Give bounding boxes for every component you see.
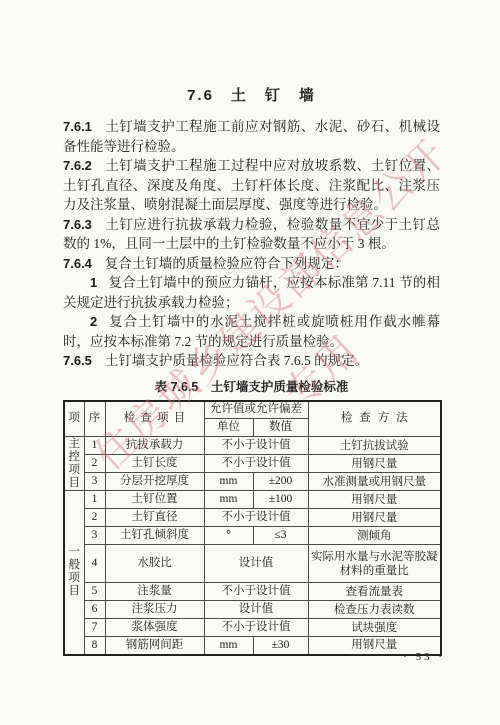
cell-unit: mm	[204, 491, 253, 509]
cell-seq: 1	[84, 491, 105, 509]
cell-seq: 2	[84, 455, 105, 473]
cell-value: ±100	[253, 491, 308, 509]
cell-seq: 7	[84, 619, 105, 637]
cell-allowed: 不小于设计值	[204, 455, 308, 473]
page-number: · 53 ·	[403, 651, 445, 663]
clause-number: 7.6.3	[63, 217, 92, 232]
header-method: 检查方法	[308, 401, 441, 437]
clause-text: 土钉墙支护质量检验应符合表 7.6.5 的规定。	[105, 353, 368, 368]
header-check-item: 检查项目	[105, 401, 204, 437]
cell-method: 用钢尺量	[308, 455, 441, 473]
clause-number: 7.6.4	[63, 256, 92, 271]
inspection-standard-table: 项 序 检查项目 允许值或允许偏差 检查方法 单位 数值 主控项目 1 抗拔承载…	[63, 400, 442, 656]
cell-method: 试块强度	[308, 619, 441, 637]
clause-7-6-4-item-2: 2复合土钉墙中的水泥土搅拌桩或旋喷桩用作截水帷幕时，应按本标准第 7.2 节的规…	[63, 312, 440, 351]
cell-allowed: 设计值	[204, 601, 308, 619]
clause-7-6-4: 7.6.4复合土钉墙的质量检验应符合下列规定：	[63, 254, 440, 274]
clause-7-6-2: 7.6.2土钉墙支护工程施工过程中应对放坡系数、土钉位置、土钉孔直径、深度及角度…	[63, 156, 440, 215]
table-row: 8 钢筋网间距 mm ±30 用钢尺量	[64, 637, 441, 655]
table-row: 2 土钉长度 不小于设计值 用钢尺量	[64, 455, 441, 473]
clause-text: 土钉应进行抗拔承载力检验，检验数量不宜少于土钉总数的 1%，且同一土层中的土钉检…	[63, 217, 440, 252]
table-row: 主控项目 1 抗拔承载力 不小于设计值 土钉抗拔试验	[64, 437, 441, 455]
cell-allowed: 不小于设计值	[204, 583, 308, 601]
header-value: 数值	[253, 419, 308, 437]
cell-value: ±200	[253, 473, 308, 491]
clause-7-6-1: 7.6.1土钉墙支护工程施工前应对钢筋、水泥、砂石、机械设备性能等进行检验。	[63, 117, 440, 156]
cell-unit: mm	[204, 637, 253, 655]
cell-item: 水胶比	[105, 545, 204, 583]
cell-unit: mm	[204, 473, 253, 491]
cell-item: 土钉位置	[105, 491, 204, 509]
cell-seq: 4	[84, 545, 105, 583]
cell-unit: °	[204, 527, 253, 545]
cell-method: 土钉抗拔试验	[308, 437, 441, 455]
group-label-general: 一般项目	[64, 491, 84, 655]
item-text: 复合土钉墙中的水泥土搅拌桩或旋喷桩用作截水帷幕时，应按本标准第 7.2 节的规定…	[63, 314, 440, 349]
cell-seq: 3	[84, 527, 105, 545]
document-page: 住房城乡建设部信息公开 专用 7.6 土 钉 墙 7.6.1土钉墙支护工程施工前…	[0, 0, 500, 725]
table-caption: 表 7.6.5 土钉墙支护质量检验标准	[63, 377, 440, 395]
clause-text: 土钉墙支护工程施工前应对钢筋、水泥、砂石、机械设备性能等进行检验。	[63, 119, 440, 154]
table-row: 6 注浆压力 设计值 检查压力表读数	[64, 601, 441, 619]
cell-value: ±30	[253, 637, 308, 655]
table-row: 一般项目 1 土钉位置 mm ±100 用钢尺量	[64, 491, 441, 509]
cell-allowed: 设计值	[204, 545, 308, 583]
clause-number: 7.6.5	[63, 353, 92, 368]
cell-item: 分层开挖厚度	[105, 473, 204, 491]
cell-item: 注浆量	[105, 583, 204, 601]
group-label-main-control: 主控项目	[64, 437, 84, 491]
clause-text: 土钉墙支护工程施工过程中应对放坡系数、土钉位置、土钉孔直径、深度及角度、土钉杆体…	[63, 158, 440, 212]
cell-method: 测倾角	[308, 527, 441, 545]
cell-method: 检查压力表读数	[308, 601, 441, 619]
cell-item: 浆体强度	[105, 619, 204, 637]
clause-text: 复合土钉墙的质量检验应符合下列规定：	[105, 256, 348, 271]
page-content: 7.6 土 钉 墙 7.6.1土钉墙支护工程施工前应对钢筋、水泥、砂石、机械设备…	[0, 0, 500, 656]
cell-value: ≤3	[253, 527, 308, 545]
table-row: 2 土钉直径 不小于设计值 用钢尺量	[64, 509, 441, 527]
cell-seq: 1	[84, 437, 105, 455]
cell-seq: 6	[84, 601, 105, 619]
cell-seq: 2	[84, 509, 105, 527]
header-seq: 序	[84, 401, 105, 437]
cell-seq: 8	[84, 637, 105, 655]
section-title: 7.6 土 钉 墙	[63, 84, 440, 105]
cell-item: 土钉长度	[105, 455, 204, 473]
item-number: 1	[90, 275, 97, 290]
cell-item: 注浆压力	[105, 601, 204, 619]
cell-method: 水准测量或用钢尺量	[308, 473, 441, 491]
cell-method: 用钢尺量	[308, 491, 441, 509]
table-header-row-1: 项 序 检查项目 允许值或允许偏差 检查方法	[64, 401, 441, 419]
header-allowed: 允许值或允许偏差	[204, 401, 308, 419]
header-item: 项	[64, 401, 84, 437]
cell-item: 抗拔承载力	[105, 437, 204, 455]
cell-item: 土钉孔倾斜度	[105, 527, 204, 545]
clause-7-6-3: 7.6.3土钉应进行抗拔承载力检验，检验数量不宜少于土钉总数的 1%，且同一土层…	[63, 215, 440, 254]
cell-allowed: 不小于设计值	[204, 437, 308, 455]
cell-item: 钢筋网间距	[105, 637, 204, 655]
item-text: 复合土钉墙中的预应力锚杆，应按本标准第 7.11 节的相关规定进行抗拔承载力检验…	[63, 275, 440, 310]
clause-7-6-4-item-1: 1复合土钉墙中的预应力锚杆，应按本标准第 7.11 节的相关规定进行抗拔承载力检…	[63, 273, 440, 312]
item-number: 2	[90, 314, 97, 329]
cell-method: 实际用水量与水泥等胶凝材料的重量比	[308, 545, 441, 583]
clause-number: 7.6.2	[63, 158, 92, 173]
cell-seq: 5	[84, 583, 105, 601]
table-row: 3 土钉孔倾斜度 ° ≤3 测倾角	[64, 527, 441, 545]
table-row: 4 水胶比 设计值 实际用水量与水泥等胶凝材料的重量比	[64, 545, 441, 583]
table-row: 5 注浆量 不小于设计值 查看流量表	[64, 583, 441, 601]
table-row: 7 浆体强度 不小于设计值 试块强度	[64, 619, 441, 637]
cell-method: 查看流量表	[308, 583, 441, 601]
table-row: 3 分层开挖厚度 mm ±200 水准测量或用钢尺量	[64, 473, 441, 491]
header-unit: 单位	[204, 419, 253, 437]
clause-7-6-5: 7.6.5土钉墙支护质量检验应符合表 7.6.5 的规定。	[63, 351, 440, 371]
cell-method: 用钢尺量	[308, 509, 441, 527]
cell-allowed: 不小于设计值	[204, 509, 308, 527]
clause-number: 7.6.1	[63, 119, 92, 134]
cell-seq: 3	[84, 473, 105, 491]
cell-item: 土钉直径	[105, 509, 204, 527]
cell-allowed: 不小于设计值	[204, 619, 308, 637]
